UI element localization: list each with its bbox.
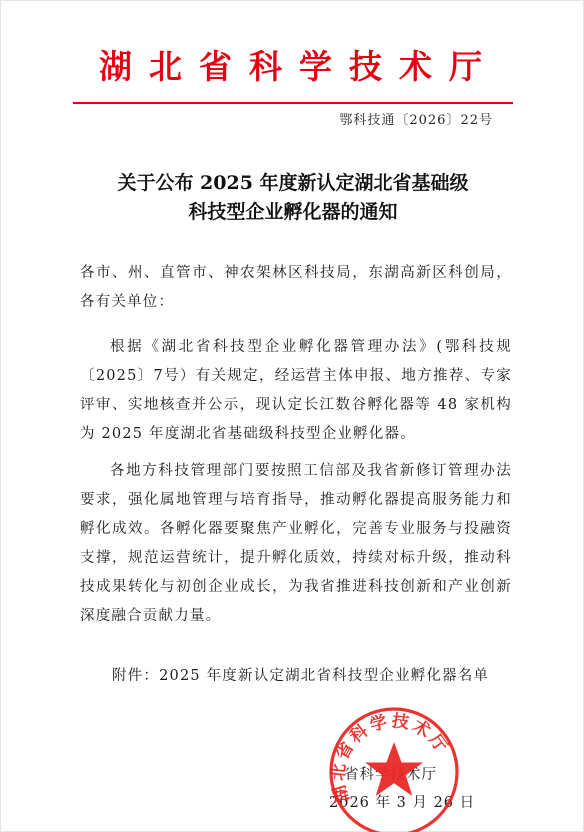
title-line-1: 关于公布 2025 年度新认定湖北省基础级 (1, 169, 584, 198)
body-paragraph-1: 根据《湖北省科技型企业孵化器管理办法》(鄂科技规〔2025〕7号）有关规定，经运… (80, 333, 512, 449)
title-line-2: 科技型企业孵化器的通知 (1, 198, 584, 227)
document-page: 湖北省科学技术厅 鄂科技通〔2026〕22号 关于公布 2025 年度新认定湖北… (0, 0, 584, 832)
document-number: 鄂科技通〔2026〕22号 (339, 109, 493, 128)
document-title: 关于公布 2025 年度新认定湖北省基础级 科技型企业孵化器的通知 (1, 169, 584, 227)
issuer-masthead: 湖北省科学技术厅 (1, 47, 584, 87)
attachment-note: 附件：2025 年度新认定湖北省科技型企业孵化器名单 (112, 664, 489, 685)
star-icon (365, 742, 423, 796)
salutation: 各市、州、直管市、神农架林区科技局，东湖高新区科创局，各有关单位： (80, 259, 512, 317)
body-paragraph-2: 各地方科技管理部门要按照工信部及我省新修订管理办法要求，强化属地管理与培育指导，… (80, 457, 512, 631)
red-divider-line (73, 102, 513, 104)
official-seal-icon: 湖北省科学技术厅 (326, 704, 462, 832)
